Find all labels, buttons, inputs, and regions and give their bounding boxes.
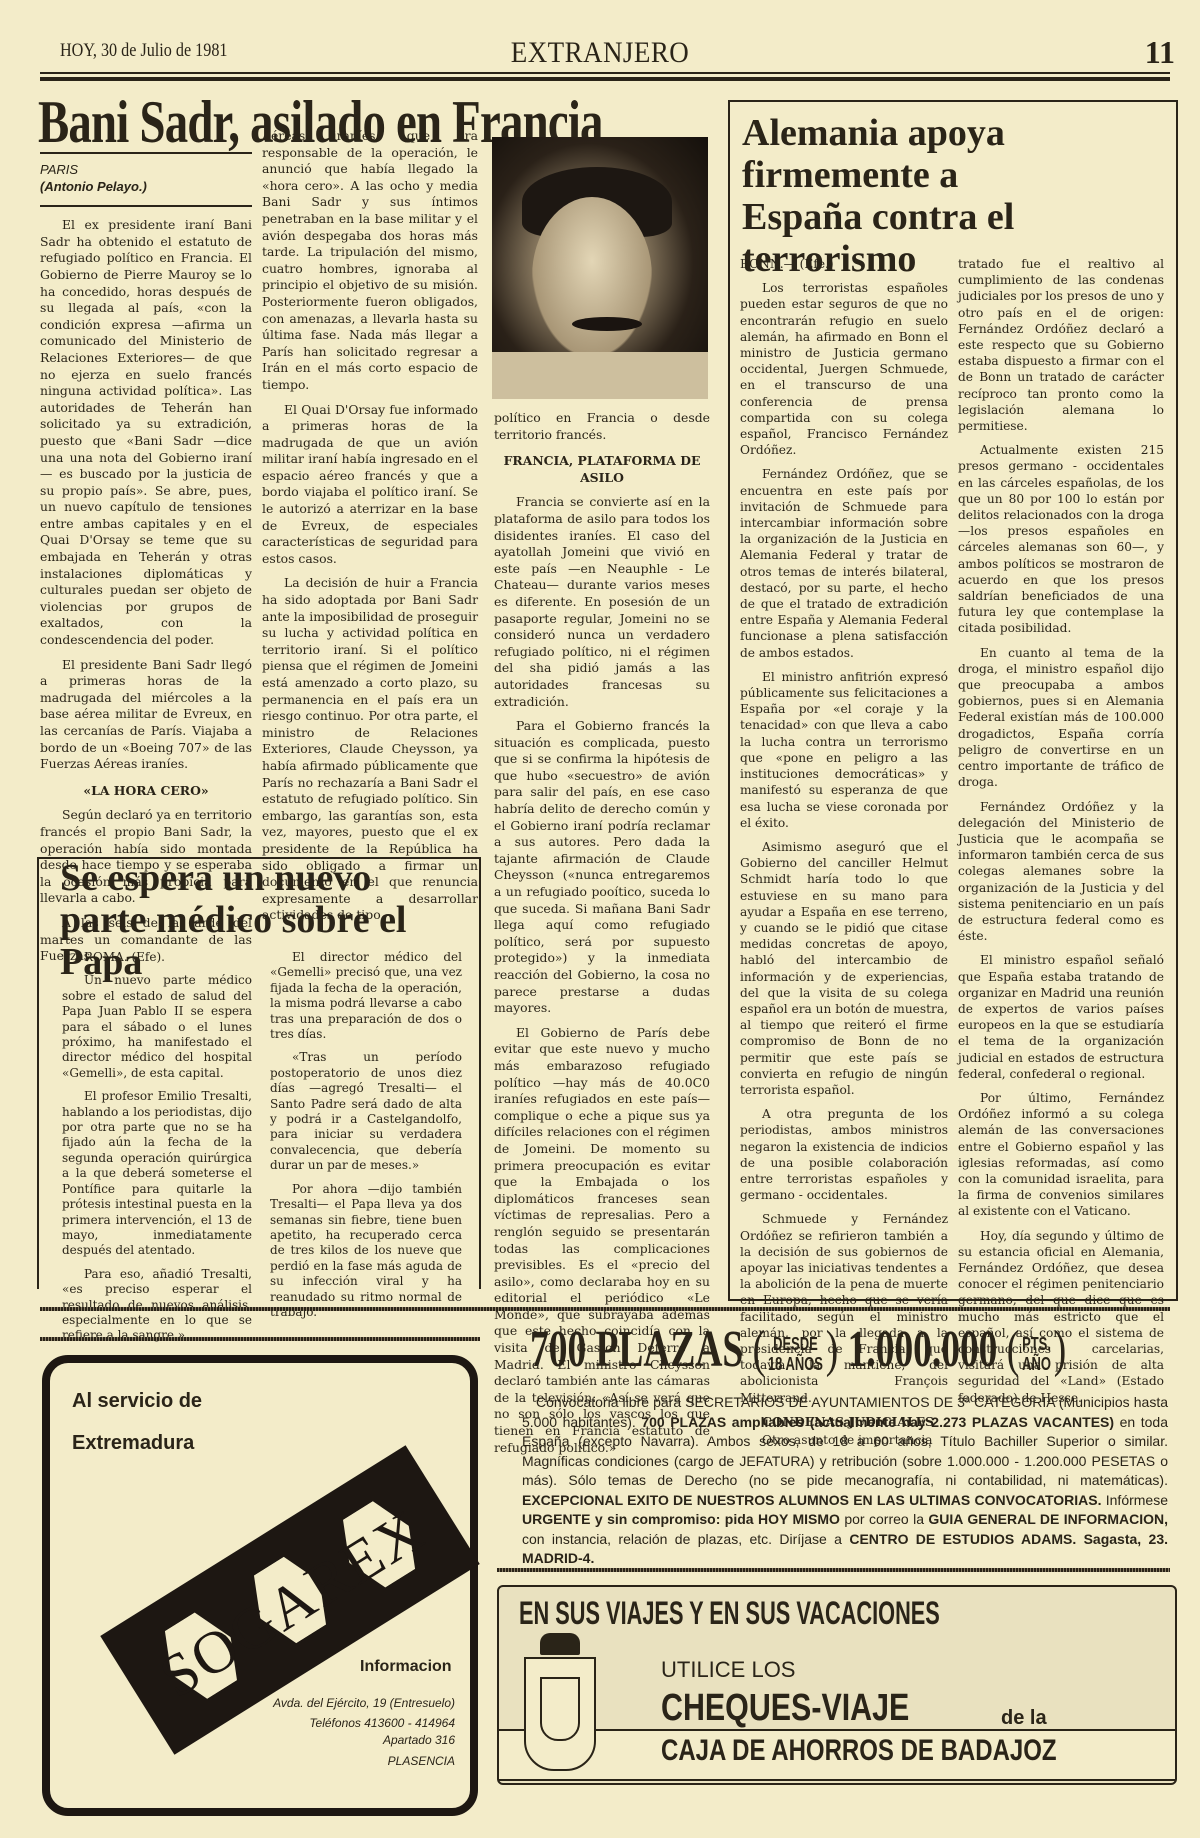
sogarex-tagline: Extremadura [72, 1432, 194, 1455]
title-main: 700 PLAZAS [530, 1321, 743, 1378]
paragraph: Fernández Ordóñez y la delegación del Mi… [958, 799, 1164, 945]
author: (Antonio Pelayo.) [40, 179, 252, 196]
paragraph: El profesor Emilio Tresalti, hablando a … [62, 1089, 252, 1258]
sogarex-po-box: Apartado 316 [155, 1733, 455, 1747]
ad-plazas-body: Convocatoria libre para SECRETARIOS DE A… [522, 1393, 1168, 1569]
ad-text: con instancia, relación de plazas, etc. … [522, 1531, 849, 1547]
paragraph: El Gobierno de París debe evitar que est… [494, 1025, 710, 1456]
currency-note: PTS.AÑO [1022, 1334, 1051, 1374]
ad-text: por correo la [840, 1511, 928, 1527]
masthead-rule [40, 72, 1170, 74]
paragraph: Un nuevo parte médico sobre el estado de… [62, 973, 252, 1081]
dateline: PARIS [40, 162, 252, 179]
article-alemania-col1: BONN.— (Efe.) Los terroristas españoles … [740, 256, 948, 1456]
page-separator [40, 1307, 1170, 1311]
paragraph: Los terroristas españoles pueden estar s… [740, 280, 948, 458]
paragraph: Para eso, añadió Tresalti, «es preciso e… [62, 1267, 252, 1344]
currency-note-top: PTS. [1022, 1334, 1051, 1354]
paragraph: El ministro anfitrión expresó públicamen… [740, 669, 948, 831]
caja-connector: de la [1001, 1707, 1047, 1730]
byline: PARIS (Antonio Pelayo.) [40, 152, 252, 207]
caja-bank-name: CAJA DE AHORROS DE BADAJOZ [661, 1734, 1057, 1768]
article-bani-col2: Aéreas iraníes, que era responsable de l… [262, 128, 478, 932]
section-title: EXTRANJERO [60, 36, 1140, 70]
subheading: FRANCIA, PLATAFORMA DE ASILO [494, 453, 710, 486]
article-alemania-col2: tratado fue el realtivo al cumplimiento … [958, 256, 1164, 1414]
ad-text-bold: GUIA GENERAL DE INFORMACION, [928, 1511, 1168, 1527]
masthead-rule-thick [40, 77, 1170, 81]
paragraph: Actualmente existen 215 presos germano -… [958, 442, 1164, 636]
paragraph: A otra pregunta de los periodistas, ambo… [740, 1106, 948, 1203]
article-bani-col1: PARIS (Antonio Pelayo.) El ex presidente… [40, 152, 252, 973]
ad-text-bold: URGENTE y sin compromiso: pida HOY MISMO [522, 1511, 840, 1527]
paragraph: «Tras un período postoperatorio de unos … [270, 1050, 462, 1173]
paragraph: El ex presidente iraní Bani Sadr ha obte… [40, 217, 252, 648]
paragraph: Para el Gobierno francés la situación es… [494, 718, 710, 1017]
ad-text-bold: 700 PLAZAS ampliables (actualmente hay 2… [641, 1414, 1114, 1430]
paragraph: Hoy, día segundo y último de su estancia… [958, 1228, 1164, 1406]
photo-coat [492, 352, 708, 399]
photo-moustache [572, 317, 642, 331]
crest-icon [524, 1657, 596, 1771]
paragraph: El presidente Bani Sadr llegó a primeras… [40, 657, 252, 773]
paragraph: Aéreas iraníes, que era responsable de l… [262, 128, 478, 394]
age-note-bottom: 18 AÑOS [768, 1354, 823, 1374]
age-note-top: DESDE [773, 1334, 818, 1354]
photo-face [532, 197, 652, 357]
page-number: 11 [1145, 34, 1175, 71]
age-note: DESDE18 AÑOS [768, 1334, 823, 1374]
dateline: ROMA. (Efe). [62, 950, 252, 965]
paragraph: Por ahora —dijo también Tresalti— el Pap… [270, 1182, 462, 1321]
article-papa-col1: ROMA. (Efe). Un nuevo parte médico sobre… [62, 950, 252, 1352]
caja-product: CHEQUES-VIAJE [661, 1687, 909, 1730]
ad-caja-badajoz[interactable]: EN SUS VIAJES Y EN SUS VACACIONES UTILIC… [497, 1585, 1177, 1785]
paragraph: Por último, Fernández Ordóñez informó a … [958, 1090, 1164, 1220]
sogarex-contact: Avda. del Ejército, 19 (Entresuelo) Telé… [155, 1693, 455, 1771]
ad-text: Infórmese [1102, 1492, 1168, 1508]
paragraph: En cuanto al tema de la droga, el minist… [958, 645, 1164, 791]
paragraph: político en Francia o desde territorio f… [494, 410, 710, 443]
sogarex-info-label: Informacion [360, 1658, 452, 1676]
sogarex-city: PLASENCIA [155, 1751, 455, 1771]
paragraph: Francia se convierte así en la plataform… [494, 494, 710, 710]
currency-note-bottom: AÑO [1022, 1354, 1051, 1374]
paragraph: El ministro español señaló que España es… [958, 952, 1164, 1082]
paragraph: Fernández Ordóñez, que se encuentra en e… [740, 466, 948, 660]
crown-icon [540, 1633, 580, 1655]
paragraph: El director médico del «Gemelli» precisó… [270, 950, 462, 1042]
paragraph: El Quai D'Orsay fue informado a primeras… [262, 402, 478, 568]
ad-text-bold: EXCEPCIONAL EXITO DE NUESTROS ALUMNOS EN… [522, 1492, 1102, 1508]
ad-separator [497, 1568, 1170, 1572]
dateline: BONN.— (Efe.) [740, 256, 948, 272]
sogarex-phones: Teléfonos 413600 - 414964 [155, 1713, 455, 1733]
subheading: «LA HORA CERO» [40, 783, 252, 800]
paragraph: Asimismo aseguró que el Gobierno del can… [740, 839, 948, 1098]
title-amount: 1.000.000 [848, 1321, 998, 1378]
ad-separator [40, 1337, 480, 1341]
caja-subline: UTILICE LOS [661, 1657, 795, 1683]
sogarex-tagline: Al servicio de [72, 1390, 202, 1413]
article-papa-col2: El director médico del «Gemelli» precisó… [270, 950, 462, 1328]
headline-alemania: Alemania apoya firmemente a España contr… [742, 112, 1072, 280]
caja-headline: EN SUS VIAJES Y EN SUS VACACIONES [519, 1595, 940, 1632]
ad-plazas-title: 700 PLAZAS (DESDE18 AÑOS) 1.000.000 (PTS… [530, 1320, 1066, 1379]
sogarex-address: Avda. del Ejército, 19 (Entresuelo) [155, 1693, 455, 1713]
portrait-photo [492, 137, 708, 399]
paragraph: tratado fue el realtivo al cumplimiento … [958, 256, 1164, 434]
shield-icon [540, 1677, 580, 1741]
